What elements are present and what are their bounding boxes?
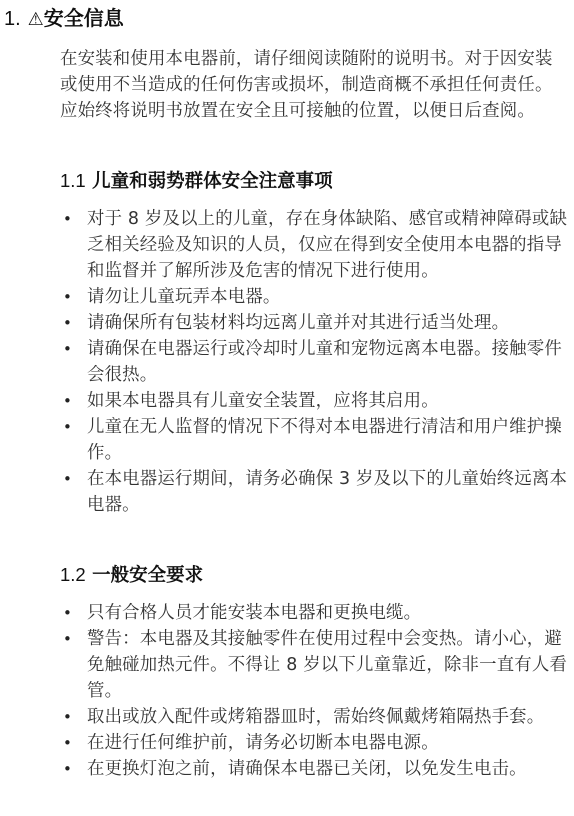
bullet-icon: • <box>63 284 72 310</box>
list-item: •请勿让儿童玩弄本电器。 <box>60 284 570 310</box>
list-item-text: 儿童在无人监督的情况下不得对本电器进行清洁和用户维护操作。 <box>87 417 562 463</box>
list-item: •只有合格人员才能安装本电器和更换电缆。 <box>60 600 570 626</box>
bullet-icon: • <box>63 466 72 492</box>
subsection-number: 1.1 <box>60 170 86 191</box>
list-item-text: 取出或放入配件或烤箱器皿时，需始终佩戴烤箱隔热手套。 <box>87 707 544 727</box>
subsection-number: 1.2 <box>60 564 86 585</box>
list-item: •儿童在无人监督的情况下不得对本电器进行清洁和用户维护操作。 <box>60 414 570 466</box>
bullet-icon: • <box>63 600 72 626</box>
list-item-text: 警告：本电器及其接触零件在使用过程中会变热。请小心，避免触碰加热元件。不得让 8… <box>87 629 567 701</box>
bullet-list-1-1: •对于 8 岁及以上的儿童，存在身体缺陷、感官或精神障碍或缺乏相关经验及知识的人… <box>60 206 570 518</box>
list-item: •对于 8 岁及以上的儿童，存在身体缺陷、感官或精神障碍或缺乏相关经验及知识的人… <box>60 206 570 284</box>
list-item-text: 在本电器运行期间，请务必确保 3 岁及以下的儿童始终远离本电器。 <box>87 469 567 515</box>
subsection-title: 儿童和弱势群体安全注意事项 <box>92 171 333 192</box>
section-title: 安全信息 <box>44 6 124 30</box>
list-item-text: 请勿让儿童玩弄本电器。 <box>87 287 281 307</box>
list-item: •请确保所有包装材料均远离儿童并对其进行适当处理。 <box>60 310 570 336</box>
list-item-text: 请确保所有包装材料均远离儿童并对其进行适当处理。 <box>87 313 509 333</box>
list-item-text: 在进行任何维护前，请务必切断本电器电源。 <box>87 733 439 753</box>
list-item-text: 如果本电器具有儿童安全装置，应将其启用。 <box>87 391 439 411</box>
list-item: •请确保在电器运行或冷却时儿童和宠物远离本电器。接触零件会很热。 <box>60 336 570 388</box>
bullet-icon: • <box>63 414 72 440</box>
subsection-title: 一般安全要求 <box>92 565 203 586</box>
list-item-text: 对于 8 岁及以上的儿童，存在身体缺陷、感官或精神障碍或缺乏相关经验及知识的人员… <box>87 209 567 281</box>
list-item-text: 请确保在电器运行或冷却时儿童和宠物远离本电器。接触零件会很热。 <box>87 339 562 385</box>
bullet-icon: • <box>63 730 72 756</box>
warning-triangle-icon: ⚠ <box>28 9 44 30</box>
intro-paragraph: 在安装和使用本电器前，请仔细阅读随附的说明书。对于因安装或使用不当造成的任何伤害… <box>60 46 570 124</box>
bullet-icon: • <box>63 756 72 782</box>
list-item: •在进行任何维护前，请务必切断本电器电源。 <box>60 730 570 756</box>
bullet-icon: • <box>63 336 72 362</box>
list-item: •取出或放入配件或烤箱器皿时，需始终佩戴烤箱隔热手套。 <box>60 704 570 730</box>
list-item-text: 只有合格人员才能安装本电器和更换电缆。 <box>87 603 421 623</box>
bullet-icon: • <box>63 388 72 414</box>
list-item: •如果本电器具有儿童安全装置，应将其启用。 <box>60 388 570 414</box>
bullet-icon: • <box>63 206 72 232</box>
list-item: •在更换灯泡之前，请确保本电器已关闭，以免发生电击。 <box>60 756 570 782</box>
bullet-list-1-2: •只有合格人员才能安装本电器和更换电缆。 •警告：本电器及其接触零件在使用过程中… <box>60 600 570 782</box>
bullet-icon: • <box>63 704 72 730</box>
bullet-icon: • <box>63 626 72 652</box>
bullet-icon: • <box>63 310 72 336</box>
section-number: 1. <box>4 8 21 30</box>
list-item-text: 在更换灯泡之前，请确保本电器已关闭，以免发生电击。 <box>87 759 527 779</box>
section-heading: 1. ⚠安全信息 <box>4 4 124 34</box>
subsection-heading-1-2: 1.2 一般安全要求 <box>60 562 203 589</box>
list-item: •警告：本电器及其接触零件在使用过程中会变热。请小心，避免触碰加热元件。不得让 … <box>60 626 570 704</box>
subsection-heading-1-1: 1.1 儿童和弱势群体安全注意事项 <box>60 168 333 195</box>
list-item: •在本电器运行期间，请务必确保 3 岁及以下的儿童始终远离本电器。 <box>60 466 570 518</box>
